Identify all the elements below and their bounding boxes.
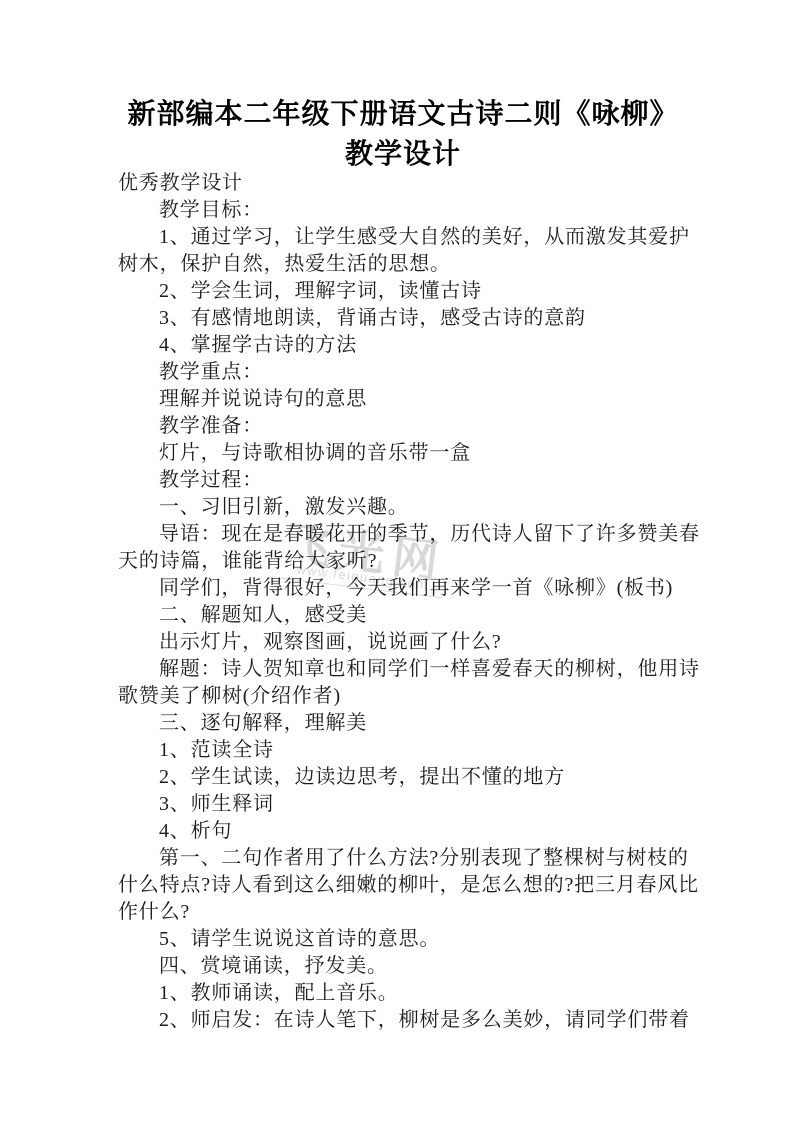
text-line: 3、有感情地朗读，背诵古诗，感受古诗的意韵 [118,305,728,332]
text-line: 同学们，背得很好，今天我们再来学一首《咏柳》(板书) [118,575,728,602]
text-line: 2、学会生词，理解字词，读懂古诗 [118,278,728,305]
text-line: 理解并说说诗句的意思 [118,386,728,413]
document-body: 优秀教学设计教学目标：1、通过学习，让学生感受大自然的美好，从而激发其爱护树木，… [118,170,728,1034]
text-line: 教学准备： [118,413,728,440]
text-line: 灯片，与诗歌相协调的音乐带一盒 [118,440,728,467]
text-line: 解题：诗人贺知章也和同学们一样喜爱春天的柳树，他用诗 [118,656,728,683]
text-line: 教学重点： [118,359,728,386]
text-line: 二、解题知人，感受美 [118,602,728,629]
text-line: 什么特点?诗人看到这么细嫩的柳叶，是怎么想的?把三月春风比 [118,872,728,899]
text-line: 歌赞美了柳树(介绍作者) [118,683,728,710]
text-line: 作什么? [118,899,728,926]
text-line: 1、范读全诗 [118,737,728,764]
text-line: 一、习旧引新，激发兴趣。 [118,494,728,521]
text-line: 4、析句 [118,818,728,845]
text-line: 导语：现在是春暖花开的季节，历代诗人留下了许多赞美春 [118,521,728,548]
text-line: 教学目标： [118,197,728,224]
text-line: 1、通过学习，让学生感受大自然的美好，从而激发其爱护 [118,224,728,251]
document-title: 新部编本二年级下册语文古诗二则《咏柳》教学设计 [110,95,696,175]
text-line: 3、师生释词 [118,791,728,818]
text-line: 第一、二句作者用了什么方法?分别表现了整棵树与树枝的 [118,845,728,872]
text-line: 出示灯片，观察图画，说说画了什么? [118,629,728,656]
text-line: 1、教师诵读，配上音乐。 [118,980,728,1007]
text-line: 树木，保护自然，热爱生活的思想。 [118,251,728,278]
text-line: 2、师启发：在诗人笔下，柳树是多么美妙，请同学们带着 [118,1007,728,1034]
document-page: 飞光网 www.feiguang.com 新部编本二年级下册语文古诗二则《咏柳》… [0,0,793,1122]
text-line: 5、请学生说说这首诗的意思。 [118,926,728,953]
text-line: 2、学生试读，边读边思考，提出不懂的地方 [118,764,728,791]
text-line: 天的诗篇，谁能背给大家听? [118,548,728,575]
text-line: 优秀教学设计 [118,170,728,197]
text-line: 三、逐句解释，理解美 [118,710,728,737]
title-line: 教学设计 [110,135,696,175]
text-line: 四、赏境诵读，抒发美。 [118,953,728,980]
title-line: 新部编本二年级下册语文古诗二则《咏柳》 [110,95,696,135]
text-line: 教学过程： [118,467,728,494]
text-line: 4、掌握学古诗的方法 [118,332,728,359]
